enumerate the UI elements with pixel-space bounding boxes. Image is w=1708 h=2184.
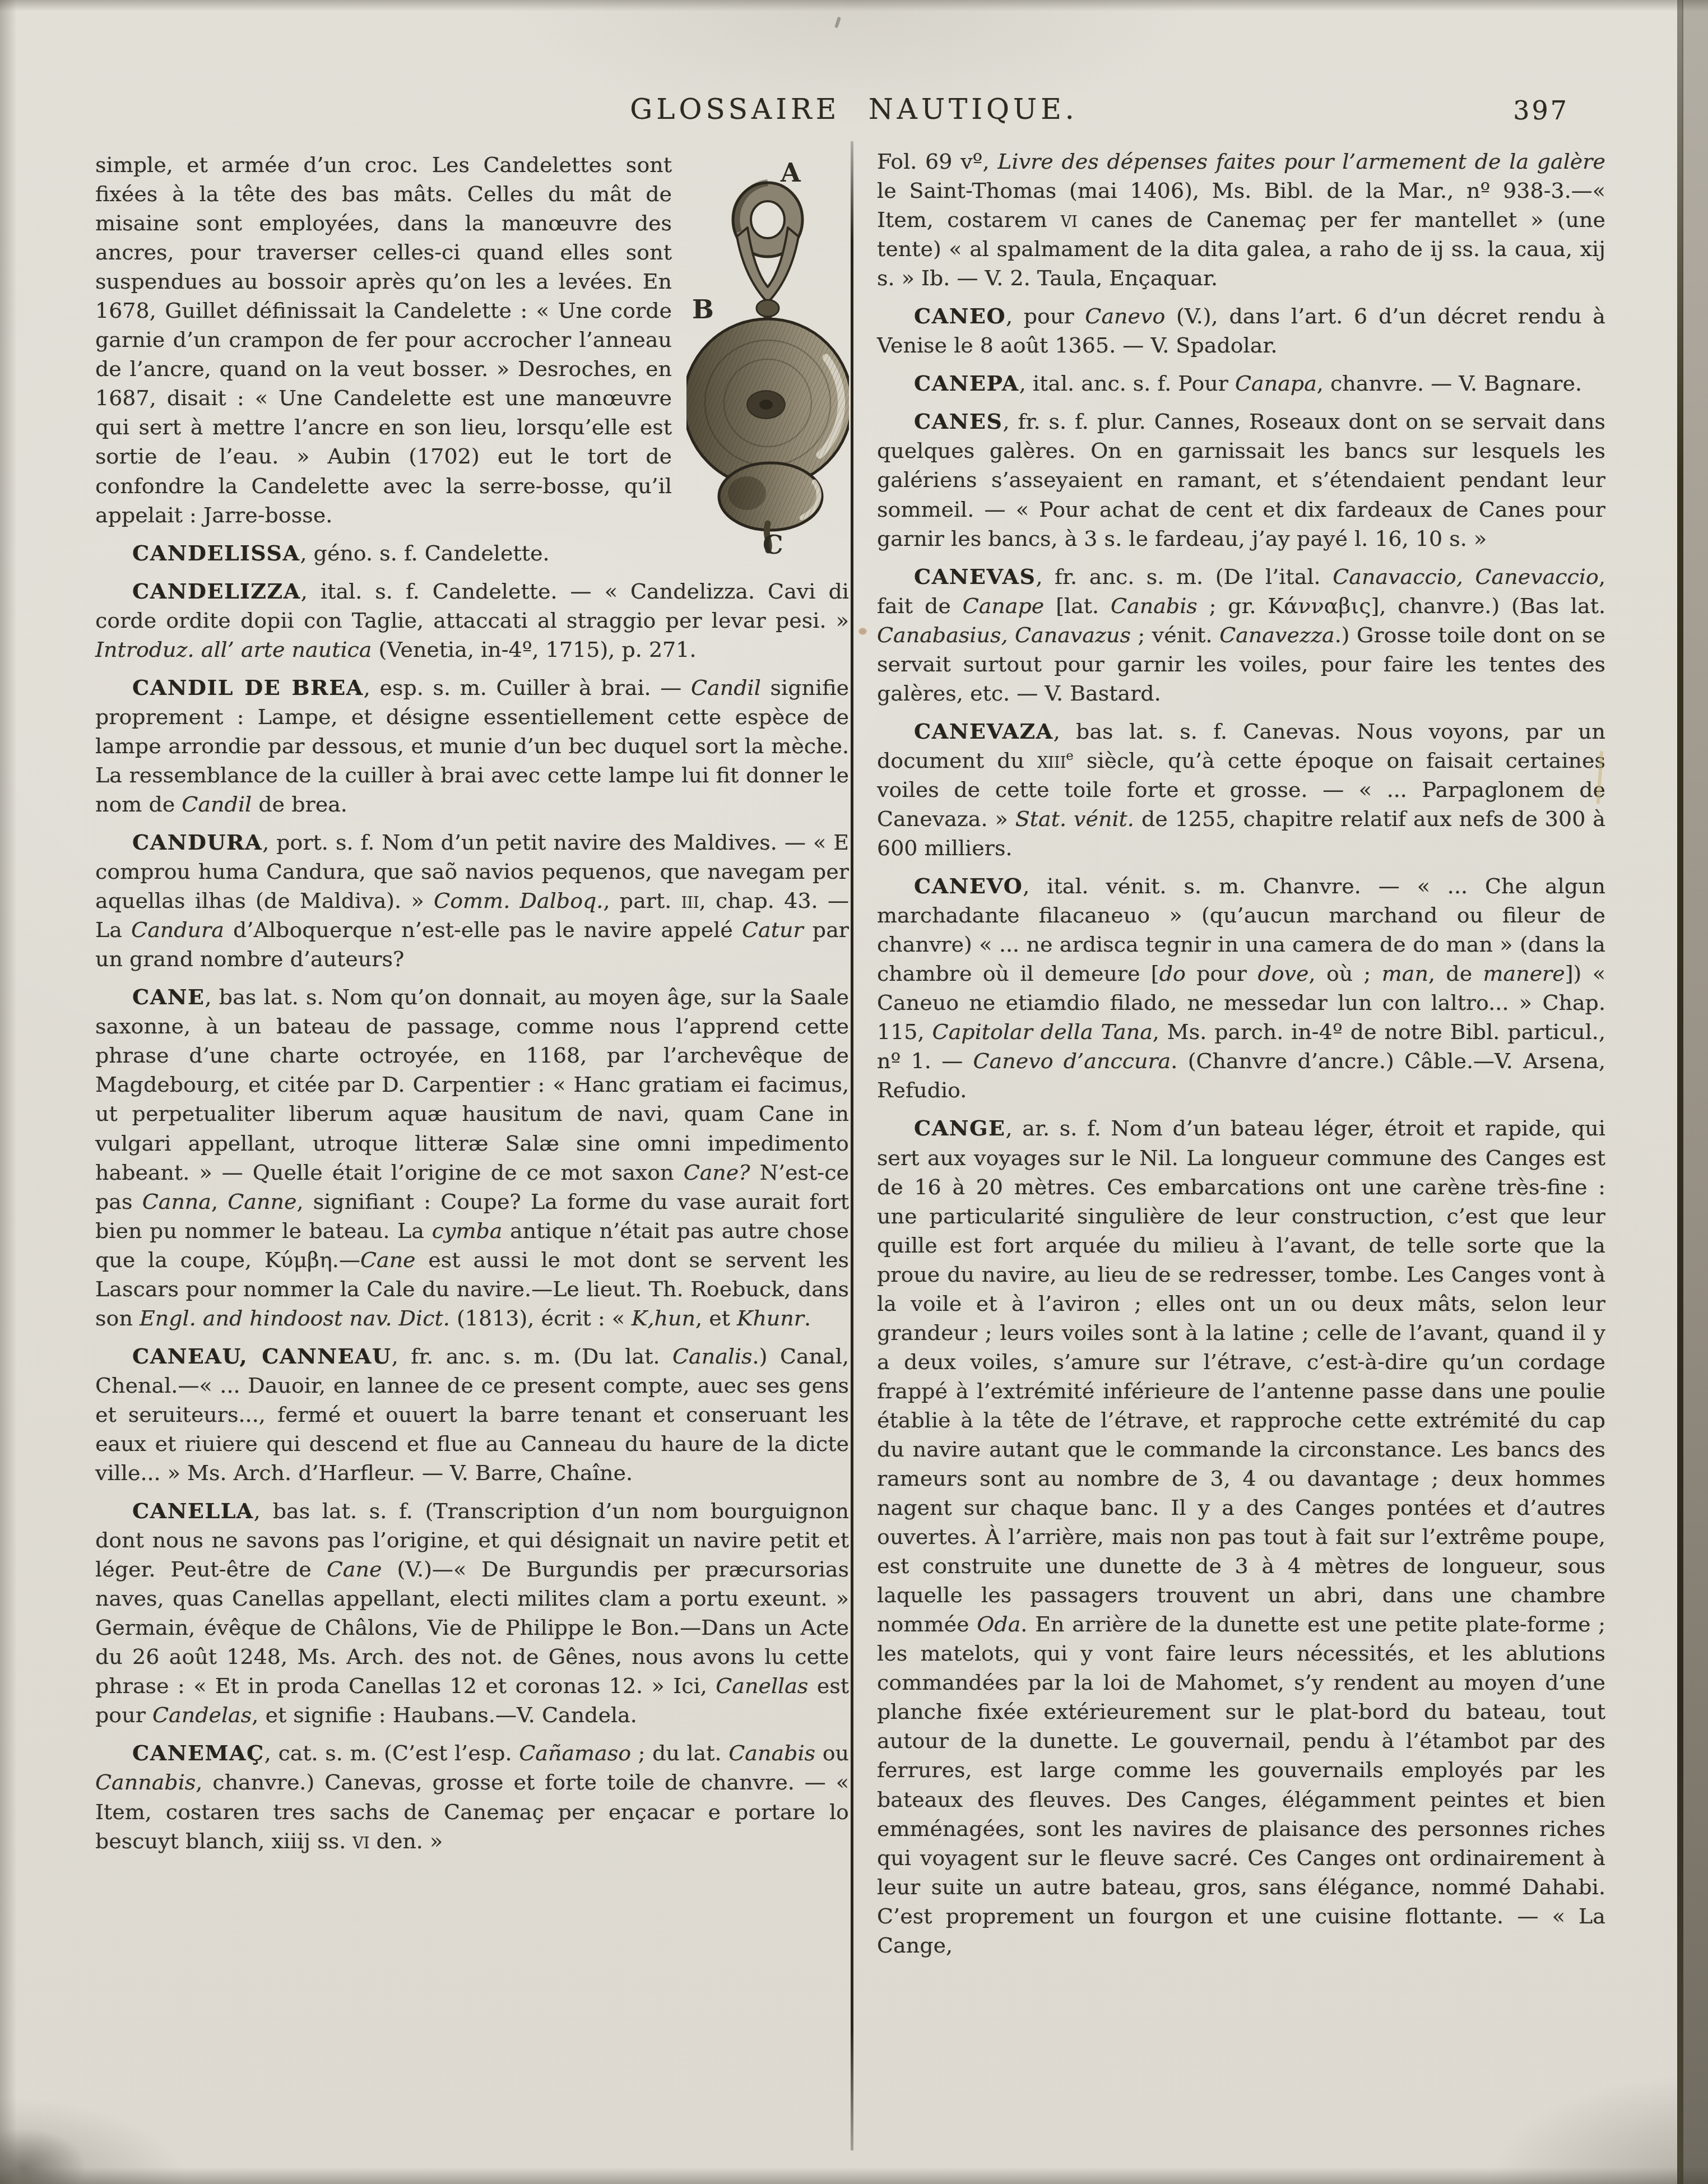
page-edge-shadow: [1682, 0, 1708, 2184]
text-run: do: [1159, 961, 1186, 986]
text-run: Canabasius, Canavazus: [877, 623, 1131, 647]
dictionary-entry: CANDELIZZA, ital. s. f. Candelette. — « …: [95, 577, 849, 664]
text-run: Canabis: [1111, 593, 1198, 618]
running-head: GLOSSAIRE NAUTIQUE. 397: [0, 93, 1708, 126]
text-run: manere: [1483, 961, 1565, 986]
text-run: , pour: [1006, 304, 1085, 328]
text-run: de brea.: [252, 792, 347, 817]
text-run: , de: [1428, 961, 1483, 986]
text-run: Engl. and hindoost nav. Dict.: [140, 1306, 450, 1330]
text-run: , fr. anc. s. m. (De l’ital.: [1036, 564, 1333, 589]
text-run: Livre des dépenses faites pour l’armemen…: [997, 149, 1605, 174]
text-run: Canape: [963, 593, 1045, 618]
text-run: iii: [681, 888, 699, 913]
text-run: Oda: [977, 1612, 1020, 1636]
left-column: A B C simple, et armée d’un croc. Les Ca…: [95, 150, 849, 1856]
text-run: Canapa: [1235, 371, 1317, 396]
text-run: , où ;: [1309, 961, 1382, 986]
figure-label-c: C: [763, 530, 783, 558]
entry-headword: CANEPA: [914, 370, 1019, 396]
text-run: vi: [1061, 207, 1078, 232]
text-run: Capitolar della Tana: [932, 1019, 1153, 1044]
page-bottom-shadow: [0, 2167, 1708, 2184]
entry-headword: CANEMAÇ: [132, 1740, 264, 1765]
entry-headword: CANELLA: [132, 1498, 254, 1523]
text-run: Catur: [742, 917, 804, 942]
text-run: cymba: [432, 1218, 503, 1243]
pulley-block-illustration: A B C: [686, 154, 849, 558]
text-run: ; vénit.: [1131, 623, 1219, 647]
text-run: Candil: [182, 792, 252, 817]
dictionary-entry: CANEVAZA, bas lat. s. f. Canevas. Nous v…: [877, 717, 1605, 863]
dictionary-entry: CANEVAS, fr. anc. s. m. (De l’ital. Cana…: [877, 562, 1605, 708]
text-run: , géno. s. f. Candelette.: [300, 541, 549, 565]
text-run: , chanvre.) Canevas, grosse et forte toi…: [95, 1770, 849, 1853]
text-run: Khunr: [737, 1306, 804, 1330]
text-run: ou: [815, 1741, 849, 1765]
continuation-paragraph: Fol. 69 vº, Livre des dépenses faites po…: [877, 147, 1605, 293]
entry-headword: CANES: [914, 409, 1002, 434]
dictionary-entry: CANES, fr. s. f. plur. Cannes, Roseaux d…: [877, 407, 1605, 553]
entry-headword: CANDURA: [132, 829, 262, 855]
figure-label-b: B: [692, 294, 714, 324]
dictionary-entry: CANDIL DE BREA, esp. s. m. Cuiller à bra…: [95, 673, 849, 819]
entry-headword: CANDELISSA: [132, 540, 300, 565]
text-run: Canalis: [672, 1344, 753, 1369]
text-run: (Venetia, in-4º, 1715), p. 271.: [372, 637, 697, 662]
text-run: Candelas: [152, 1703, 252, 1727]
knob: [756, 300, 779, 317]
text-run: Candil: [691, 675, 761, 700]
text-run: Comm. Dalboq.: [434, 888, 603, 913]
text-run: den. »: [370, 1829, 443, 1853]
entry-headword: CANEVAZA: [914, 718, 1053, 744]
page-top-shadow: [0, 0, 1708, 11]
text-run: Cane?: [684, 1160, 750, 1185]
page-edge-line: [1677, 0, 1683, 2184]
page-left-shadow: [0, 0, 17, 2184]
text-run: Cañamaso: [519, 1741, 631, 1765]
text-run: , cat. s. m. (C’est l’esp.: [264, 1741, 519, 1765]
dictionary-entry: CANEMAÇ, cat. s. m. (C’est l’esp. Cañama…: [95, 1738, 849, 1855]
dictionary-entry: CANEO, pour Canevo (V.), dans l’art. 6 d…: [877, 302, 1605, 360]
text-run: Cane: [360, 1248, 416, 1272]
text-run: Canabis: [728, 1741, 815, 1765]
text-run: dove: [1257, 961, 1308, 986]
entry-headword: CANGE: [914, 1115, 1005, 1140]
column-divider-rule: [851, 141, 853, 2150]
text-run: d’Alboquerque n’est-elle pas le navire a…: [224, 917, 742, 942]
text-run: ,: [211, 1189, 228, 1214]
text-run: Canna: [142, 1189, 211, 1214]
text-run: Canevo: [1085, 304, 1165, 328]
figure-label-a: A: [780, 157, 801, 188]
entry-headword: CANEO: [914, 303, 1006, 328]
dictionary-entry: CANEPA, ital. anc. s. f. Pour Canapa, ch…: [877, 369, 1605, 398]
text-run: Canellas: [716, 1673, 808, 1698]
entry-headword: CANDELIZZA: [132, 578, 301, 604]
text-run: [lat.: [1044, 593, 1111, 618]
paper-speck: [834, 17, 841, 29]
paper-speck: [858, 628, 867, 635]
text-run: vi: [352, 1829, 369, 1853]
entry-headword: CANEVO: [914, 873, 1023, 898]
text-run: Canevo d’anccura: [973, 1049, 1171, 1073]
text-run: . En arrière de la dunette est une petit…: [877, 1612, 1605, 1958]
entry-headword: CANE: [132, 984, 205, 1009]
text-run: Canavaccio, Canevaccio: [1333, 564, 1599, 589]
text-run: Canavezza: [1219, 623, 1335, 647]
text-run: , esp. s. m. Cuiller à brai. —: [364, 675, 691, 700]
entry-headword: CANEVAS: [914, 564, 1036, 589]
text-run: , ar. s. f. Nom d’un bateau léger, étroi…: [877, 1116, 1605, 1636]
text-run: Stat. vénit.: [1015, 806, 1134, 831]
lower-block-hatching: [720, 464, 821, 529]
text-run: ; gr. Κάνναβις], chanvre.) (Bas lat.: [1198, 593, 1605, 618]
dictionary-entry: CANELLA, bas lat. s. f. (Transcription d…: [95, 1496, 849, 1729]
dictionary-entry: CANEVO, ital. vénit. s. m. Chanvre. — « …: [877, 871, 1605, 1105]
text-run: e: [1066, 749, 1074, 763]
page-number: 397: [1513, 95, 1569, 126]
right-column: Fol. 69 vº, Livre des dépenses faites po…: [877, 147, 1605, 1960]
dictionary-entry: CANE, bas lat. s. Nom qu’on donnait, au …: [95, 982, 849, 1333]
axle-pin: [759, 400, 773, 410]
text-run: Introduz. all’ arte nautica: [95, 637, 372, 662]
entry-headword: CANDIL DE BREA: [132, 675, 364, 700]
text-run: , chanvre. — V. Bagnare.: [1317, 371, 1582, 396]
text-run: , bas lat. s. Nom qu’on donnait, au moye…: [95, 985, 849, 1184]
dictionary-entry: CANDURA, port. s. f. Nom d’un petit navi…: [95, 828, 849, 973]
text-run: , ital. anc. s. f. Pour: [1019, 371, 1235, 396]
text-run: (1813), écrit : «: [450, 1306, 632, 1330]
text-run: simple, et armée d’un croc. Les Candelet…: [95, 152, 672, 527]
text-run: man: [1382, 961, 1428, 986]
text-run: , part.: [603, 888, 681, 913]
entry-headword: CANEAU, CANNEAU: [132, 1343, 392, 1369]
text-run: ; du lat.: [631, 1741, 728, 1765]
scanned-page: GLOSSAIRE NAUTIQUE. 397: [0, 0, 1708, 2184]
eye-ring-hole: [751, 201, 785, 238]
running-head-title: GLOSSAIRE NAUTIQUE.: [0, 93, 1708, 126]
text-run: , et signifie : Haubans.—V. Candela.: [252, 1703, 637, 1727]
candelette-block-figure: A B C: [686, 154, 849, 558]
text-run: xiii: [1037, 748, 1066, 773]
text-run: Candura: [131, 917, 224, 942]
text-run: pour: [1186, 961, 1258, 986]
text-run: Fol. 69 vº,: [877, 149, 997, 174]
text-run: Canne: [228, 1189, 296, 1214]
text-run: , fr. anc. s. m. (Du lat.: [392, 1344, 672, 1369]
text-run: Cane: [327, 1557, 382, 1582]
dictionary-entry: CANEAU, CANNEAU, fr. anc. s. m. (Du lat.…: [95, 1342, 849, 1487]
text-run: .: [804, 1306, 811, 1330]
text-run: , et: [695, 1306, 737, 1330]
text-run: K,hun: [632, 1306, 695, 1330]
dictionary-entry: CANGE, ar. s. f. Nom d’un bateau léger, …: [877, 1114, 1605, 1959]
text-run: Cannabis: [95, 1770, 196, 1795]
